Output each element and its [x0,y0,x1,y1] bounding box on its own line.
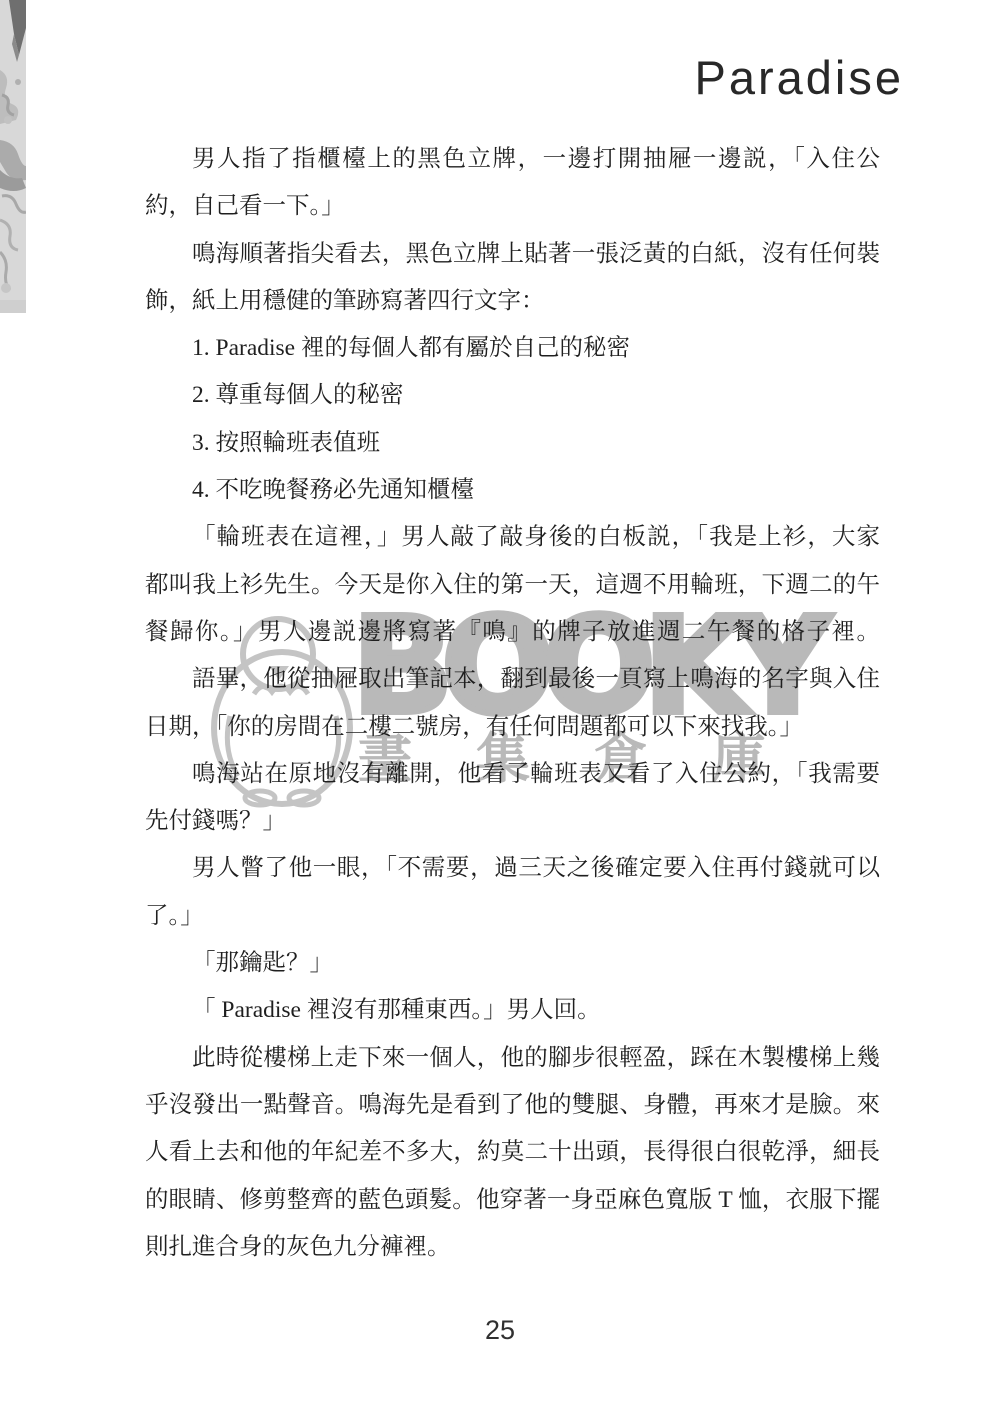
body-line: 「 Paradise 裡沒有那種東西。」男人回。 [145,987,880,1034]
body-line: 語畢，他從抽屜取出筆記本，翻到最後一頁寫上鳴海的名字與入住 [145,656,880,703]
body-line: 先付錢嗎？」 [145,798,880,845]
texture-strip-image [0,0,26,313]
body-line: 「輪班表在這裡，」男人敲了敲身後的白板説，「我是上衫，大家 [145,514,880,561]
body-line: 男人瞥了他一眼，「不需要，過三天之後確定要入住再付錢就可以 [145,845,880,892]
grayscale-texture-strip [0,0,26,313]
body-line: 則扎進合身的灰色九分褲裡。 [145,1224,880,1271]
body-line: 的眼睛、修剪整齊的藍色頭髮。他穿著一身亞麻色寬版 T 恤，衣服下擺 [145,1177,880,1224]
body-line: 餐歸你。」男人邊説邊將寫著『鳴』的牌子放進週二午餐的格子裡。 [145,609,880,656]
body-line: 約，自己看一下。」 [145,183,880,230]
body-line: 「那鑰匙？」 [145,940,880,987]
body-line: 2. 尊重每個人的秘密 [145,372,880,419]
body-line: 3. 按照輪班表值班 [145,420,880,467]
page-number: 25 [0,1315,1000,1346]
body-line: 鳴海站在原地沒有離開，他看了輪班表又看了入住公約，「我需要 [145,751,880,798]
text-block: 男人指了指櫃檯上的黑色立牌，一邊打開抽屜一邊説，「入住公約，自己看一下。」鳴海順… [145,136,880,1271]
body-line: 了。」 [145,893,880,940]
body-line: 乎沒發出一點聲音。鳴海先是看到了他的雙腿、身體，再來才是臉。來 [145,1082,880,1129]
body-line: 1. Paradise 裡的每個人都有屬於自己的秘密 [145,325,880,372]
body-line: 飾，紙上用穩健的筆跡寫著四行文字： [145,278,880,325]
body-line: 此時從樓梯上走下來一個人，他的腳步很輕盈，踩在木製樓梯上幾 [145,1035,880,1082]
body-line: 4. 不吃晚餐務必先通知櫃檯 [145,467,880,514]
body-line: 人看上去和他的年紀差不多大，約莫二十出頭，長得很白很乾淨，細長 [145,1129,880,1176]
body-line: 男人指了指櫃檯上的黑色立牌，一邊打開抽屜一邊説，「入住公 [145,136,880,183]
body-line: 鳴海順著指尖看去，黑色立牌上貼著一張泛黃的白紙，沒有任何裝 [145,231,880,278]
body-line: 日期，「你的房間在二樓二號房，有任何問題都可以下來找我。」 [145,704,880,751]
book-page: { "page": { "title": "Paradise", "page_n… [0,0,1000,1403]
body-line: 都叫我上衫先生。今天是你入住的第一天，這週不用輪班，下週二的午 [145,562,880,609]
page-title: Paradise [695,50,905,105]
